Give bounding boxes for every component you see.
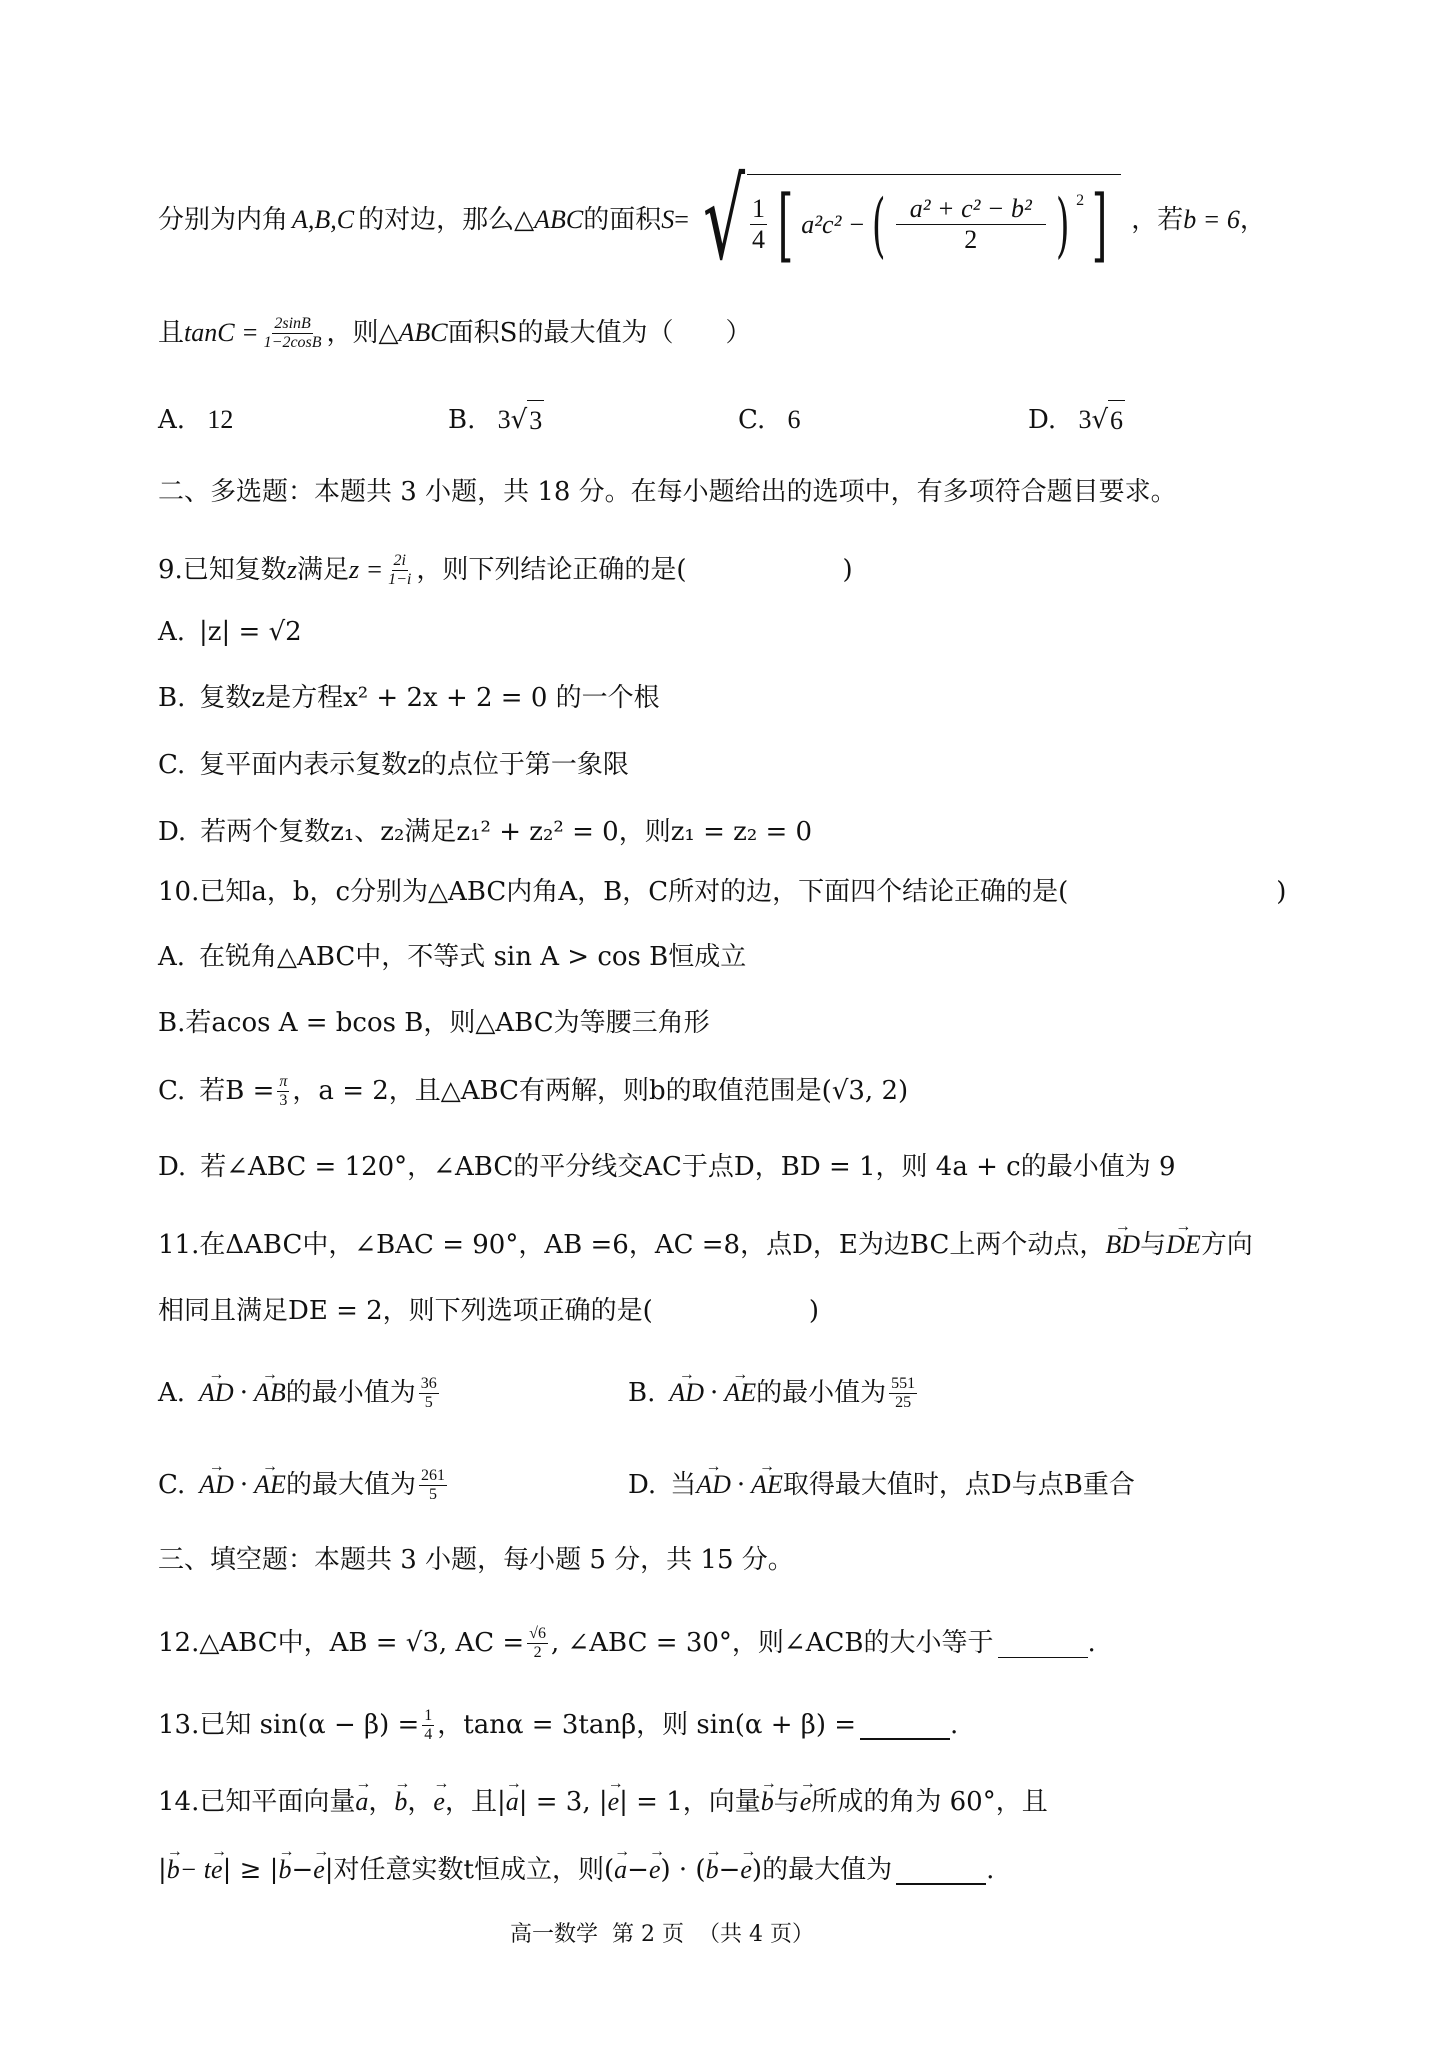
option-coef: 3 [1078, 405, 1091, 434]
option-label: B. [158, 1003, 185, 1043]
q10-option-b[interactable]: B. 若acos A = bcos B，则△ABC为等腰三角形 [158, 1003, 710, 1043]
q8-text: 的面积 [583, 200, 661, 240]
radicand: 3 [527, 400, 544, 441]
q10-text: 10.已知a，b，c分别为△ABC内角A，B，C所对的边，下面四个结论正确的是(… [158, 872, 1286, 912]
q13-text: ，tanα = 3tanβ，则 sin(α + β) = [437, 1705, 856, 1745]
q14-text: 14.已知平面向量 [158, 1782, 355, 1822]
option-label: A. [158, 937, 185, 977]
q8-option-c[interactable]: C. 6 [738, 400, 801, 440]
q8-text: 且 [158, 313, 184, 353]
q12-stem: 12.△ABC中，AB = √3, AC = √6 2 , ∠ABC = 30°… [158, 1618, 1096, 1668]
q14-text: | = 3, | [519, 1782, 608, 1822]
option-value: 6 [788, 405, 801, 434]
section-title: 三、填空题：本题共 3 小题，每小题 5 分，共 15 分。 [158, 1540, 794, 1580]
option-label: C. [738, 405, 765, 435]
frac-num: 2i [392, 552, 408, 571]
q14-text: − [291, 1850, 313, 1890]
frac-num: 261 [419, 1467, 447, 1486]
q11-option-a[interactable]: A. AD · AB 的最小值为 36 5 [158, 1368, 442, 1418]
frac-num: √6 [527, 1625, 548, 1644]
q8-stem-line1: 分别为内角 A,B,C 的对边，那么△ ABC 的面积 S = √ 1 4 [ … [158, 165, 1266, 275]
q12-text: . [1088, 1623, 1096, 1663]
vector-bd: BD [1105, 1225, 1140, 1265]
q8-text: 分别为内角 [158, 200, 288, 240]
formula-a2c2: a²c² − [801, 205, 865, 245]
q8-S: S [661, 200, 674, 240]
vector-e: e [433, 1782, 445, 1822]
q8-option-b[interactable]: B. 3√3 [448, 400, 544, 441]
answer-blank[interactable] [896, 1855, 986, 1885]
q12-frac: √6 2 [527, 1625, 548, 1662]
option-label: D. [1028, 405, 1056, 435]
q9-frac: 2i 1−i [386, 552, 413, 589]
vector-ae: AE [254, 1465, 286, 1505]
vector-ad: AD [199, 1373, 234, 1413]
pi-over-3-frac: π 3 [277, 1073, 289, 1110]
vector-b: b [706, 1850, 719, 1890]
option-text: 的最大值为 [286, 1465, 416, 1505]
q8-abc: ABC [399, 313, 448, 353]
section2-title: 二、多选题：本题共 3 小题，共 18 分。在每小题给出的选项中，有多项符合题目… [158, 472, 1177, 512]
frac-den: 4 [750, 225, 767, 255]
option-label: C. [158, 1465, 185, 1505]
dot-operator: · [737, 1465, 745, 1505]
q14-text: . [986, 1850, 994, 1890]
q11-option-c[interactable]: C. AD · AE 的最大值为 261 5 [158, 1460, 450, 1510]
sqrt-sign-icon: √ [703, 165, 745, 275]
frac-num: 1 [422, 1707, 434, 1726]
option-text: 在锐角△ABC中，不等式 sin A > cos B恒成立 [199, 937, 746, 977]
q14-text: |对任意实数t恒成立，则( [325, 1850, 614, 1890]
vector-ad: AD [696, 1465, 731, 1505]
formula-power: 2 [1076, 181, 1084, 221]
frac-den: 2 [532, 1644, 544, 1662]
q12-text: , ∠ABC = 30°，则∠ACB的大小等于 [551, 1623, 994, 1663]
q11-stem-line1: 11.在ΔABC中，∠BAC = 90°，AB =6，AC =8，点D，E为边B… [158, 1225, 1253, 1265]
option-label: B. [158, 678, 185, 718]
q9-eq: z = [349, 550, 383, 590]
vector-e: e [649, 1850, 661, 1890]
sqrt-sign-icon: √ [511, 400, 528, 441]
sqrt-body: 1 4 [ a²c² − ( a² + c² − b² 2 ) 2 ] [747, 174, 1121, 275]
q9-option-c[interactable]: C. 复平面内表示复数z的点位于第一象限 [158, 745, 629, 785]
frac-den: 5 [427, 1486, 439, 1504]
frac-num: 36 [419, 1375, 439, 1394]
q13-frac: 1 4 [422, 1707, 434, 1744]
option-text: 的最小值为 [286, 1373, 416, 1413]
sqrt: √3 [511, 400, 545, 441]
q9-text: 9.已知复数 [158, 550, 287, 590]
frac-den: 5 [423, 1394, 435, 1412]
frac-den: 3 [277, 1092, 289, 1110]
vector-ae: AE [724, 1373, 756, 1413]
answer-blank[interactable] [998, 1629, 1088, 1658]
option-coef: 3 [498, 405, 511, 434]
option-text: 取得最大值时，点D与点B重合 [783, 1465, 1135, 1505]
option-text: ，a = 2，且△ABC有两解，则b的取值范围是(√3, 2) [292, 1071, 908, 1111]
option-label: B. [448, 405, 475, 435]
vector-b: b [394, 1782, 407, 1822]
vector-a: a [506, 1782, 519, 1822]
sqrt: √6 [1091, 400, 1125, 441]
vector-de: DE [1166, 1225, 1201, 1265]
q8-option-d[interactable]: D. 3√6 [1028, 400, 1125, 441]
q11-option-b[interactable]: B. AD · AE 的最小值为 551 25 [628, 1368, 920, 1418]
q9-text: ，则下列结论正确的是( ) [416, 550, 852, 590]
q11-option-d[interactable]: D. 当 AD · AE 取得最大值时，点D与点B重合 [628, 1465, 1135, 1505]
q8-option-a[interactable]: A. 12 [158, 400, 233, 440]
dot-operator: · [710, 1373, 718, 1413]
option-value: 12 [207, 405, 233, 434]
q10-option-c[interactable]: C. 若B = π 3 ，a = 2，且△ABC有两解，则b的取值范围是(√3,… [158, 1066, 908, 1116]
q14-text: | ≥ | [223, 1850, 279, 1890]
q8-options: A. 12 B. 3√3 C. 6 D. 3√6 [158, 400, 1308, 440]
q14-text: − t [180, 1850, 211, 1890]
frac-den: 4 [422, 1726, 434, 1744]
q9-option-b[interactable]: B. 复数z是方程x² + 2x + 2 = 0 的一个根 [158, 678, 660, 718]
q8-text: 面积S的最大值为（ ） [448, 313, 752, 353]
frac-den: 25 [893, 1394, 913, 1412]
option-text: 若B = [199, 1071, 274, 1111]
option-label: B. [628, 1373, 655, 1413]
frac-den: 2 [962, 225, 979, 255]
option-label: D. [158, 812, 186, 852]
left-paren: ( [872, 190, 886, 260]
option-text: 复数z是方程x² + 2x + 2 = 0 的一个根 [199, 678, 659, 718]
q9-stem: 9.已知复数 z 满足 z = 2i 1−i ，则下列结论正确的是( ) [158, 545, 853, 595]
q8-abc: ABC [534, 200, 583, 240]
frac-num: π [277, 1073, 289, 1092]
q14-text: 与 [774, 1782, 800, 1822]
q11-text: 与 [1140, 1225, 1166, 1265]
vector-a: a [355, 1782, 368, 1822]
option-frac: 261 5 [419, 1467, 447, 1504]
area-formula-sqrt: √ 1 4 [ a²c² − ( a² + c² − b² 2 ) 2 ] [689, 165, 1121, 275]
option-text: 若acos A = bcos B，则△ABC为等腰三角形 [185, 1003, 709, 1043]
q8-text: ，则△ [327, 313, 399, 353]
inner-frac: a² + c² − b² 2 [896, 194, 1046, 255]
q14-text: 所成的角为 60°，且 [811, 1782, 1047, 1822]
dot-operator: · [240, 1465, 248, 1505]
q14-text: ， [368, 1782, 394, 1822]
vector-e: e [211, 1850, 223, 1890]
q14-stem-line2: | b − t e | ≥ | b − e |对任意实数t恒成立，则( a − … [158, 1850, 994, 1890]
q13-text: 13.已知 sin(α − β) = [158, 1705, 419, 1745]
option-frac: 551 25 [889, 1375, 917, 1412]
option-label: D. [158, 1147, 186, 1187]
vector-ab: AB [254, 1373, 286, 1413]
q8-text: ，若 [1131, 200, 1183, 240]
q10-option-a[interactable]: A. 在锐角△ABC中，不等式 sin A > cos B恒成立 [158, 937, 746, 977]
q11-text: 方向 [1201, 1225, 1253, 1265]
q9-option-a[interactable]: A. |z| = √2 [158, 612, 302, 652]
frac-num: 2sinB [272, 315, 312, 334]
q14-text: | [158, 1850, 167, 1890]
option-label: A. [158, 405, 185, 435]
vector-b: b [278, 1850, 291, 1890]
option-text: 复平面内表示复数z的点位于第一象限 [199, 745, 629, 785]
frac-den: 1−i [386, 571, 413, 589]
page-footer: 高一数学 第 2 页 （共 4 页） [510, 1918, 814, 1952]
q8-stem-line2: 且 tanC = 2sinB 1−2cosB ，则△ ABC 面积S的最大值为（… [158, 305, 751, 361]
q13-stem: 13.已知 sin(α − β) = 1 4 ，tanα = 3tanβ，则 s… [158, 1700, 958, 1750]
q11-text: 11.在ΔABC中，∠BAC = 90°，AB =6，AC =8，点D，E为边B… [158, 1225, 1105, 1265]
vector-e: e [313, 1850, 325, 1890]
q9-option-d[interactable]: D. 若两个复数z₁、z₂满足z₁² + z₂² = 0，则z₁ = z₂ = … [158, 812, 812, 852]
q12-text: 12.△ABC中，AB = √3, AC = [158, 1623, 524, 1663]
vector-b: b [761, 1782, 774, 1822]
option-frac: 36 5 [419, 1375, 439, 1412]
option-label: A. [158, 1373, 185, 1413]
q10-option-d[interactable]: D. 若∠ABC = 120°，∠ABC的平分线交AC于点D，BD = 1，则 … [158, 1147, 1176, 1187]
q11-stem-line2: 相同且满足DE = 2，则下列选项正确的是( ) [158, 1291, 819, 1331]
option-label: C. [158, 1071, 185, 1111]
right-bracket: ] [1092, 185, 1108, 265]
q14-stem-line1: 14.已知平面向量 a ， b ， e ，且| a | = 3, | e | =… [158, 1782, 1048, 1822]
right-paren: ) [1056, 190, 1070, 260]
quarter-frac: 1 4 [750, 194, 767, 255]
option-text: |z| = √2 [199, 612, 302, 652]
q14-text: | = 1，向量 [619, 1782, 761, 1822]
q14-text: − [719, 1850, 741, 1890]
section-title: 二、多选题：本题共 3 小题，共 18 分。在每小题给出的选项中，有多项符合题目… [158, 472, 1177, 512]
q14-text: ) · ( [660, 1850, 705, 1890]
vector-b: b [167, 1850, 180, 1890]
vector-e: e [740, 1850, 752, 1890]
q8-text: ， [1240, 200, 1266, 240]
vector-ad: AD [669, 1373, 704, 1413]
q8-vars: A,B,C [292, 200, 354, 240]
q13-text: . [950, 1705, 958, 1745]
q8-tanC: tanC = [184, 313, 259, 353]
radicand: 6 [1108, 400, 1125, 441]
q14-text: )的最大值为 [752, 1850, 892, 1890]
frac-den: 1−2cosB [262, 334, 324, 352]
left-bracket: [ [778, 185, 794, 265]
vector-ad: AD [199, 1465, 234, 1505]
q10-stem: 10.已知a，b，c分别为△ABC内角A，B，C所对的边，下面四个结论正确的是(… [158, 872, 1286, 912]
answer-blank[interactable] [860, 1710, 950, 1740]
option-text: 的最小值为 [756, 1373, 886, 1413]
q8-eq: = [674, 200, 689, 240]
option-label: A. [158, 612, 185, 652]
sqrt-sign-icon: √ [1091, 400, 1108, 441]
q8-text: 的对边，那么△ [358, 200, 534, 240]
option-text: 若两个复数z₁、z₂满足z₁² + z₂² = 0，则z₁ = z₂ = 0 [200, 812, 812, 852]
q9-z: z [287, 550, 297, 590]
option-label: D. [628, 1465, 656, 1505]
vector-e: e [800, 1782, 812, 1822]
dot-operator: · [240, 1373, 248, 1413]
section3-title: 三、填空题：本题共 3 小题，每小题 5 分，共 15 分。 [158, 1540, 794, 1580]
option-text: 若∠ABC = 120°，∠ABC的平分线交AC于点D，BD = 1，则 4a … [200, 1147, 1175, 1187]
option-label: C. [158, 745, 185, 785]
vector-e: e [608, 1782, 620, 1822]
frac-num: a² + c² − b² [896, 194, 1046, 225]
vector-a: a [614, 1850, 627, 1890]
q14-text: − [627, 1850, 649, 1890]
frac-num: 1 [750, 194, 767, 225]
q11-text: 相同且满足DE = 2，则下列选项正确的是( ) [158, 1291, 819, 1331]
q14-text: ， [407, 1782, 433, 1822]
q8-b: b = 6 [1183, 200, 1240, 240]
option-text: 当 [670, 1465, 696, 1505]
frac-num: 551 [889, 1375, 917, 1394]
q14-text: ，且| [445, 1782, 506, 1822]
q9-text: 满足 [297, 550, 349, 590]
vector-ae: AE [751, 1465, 783, 1505]
tanC-frac: 2sinB 1−2cosB [262, 315, 324, 352]
